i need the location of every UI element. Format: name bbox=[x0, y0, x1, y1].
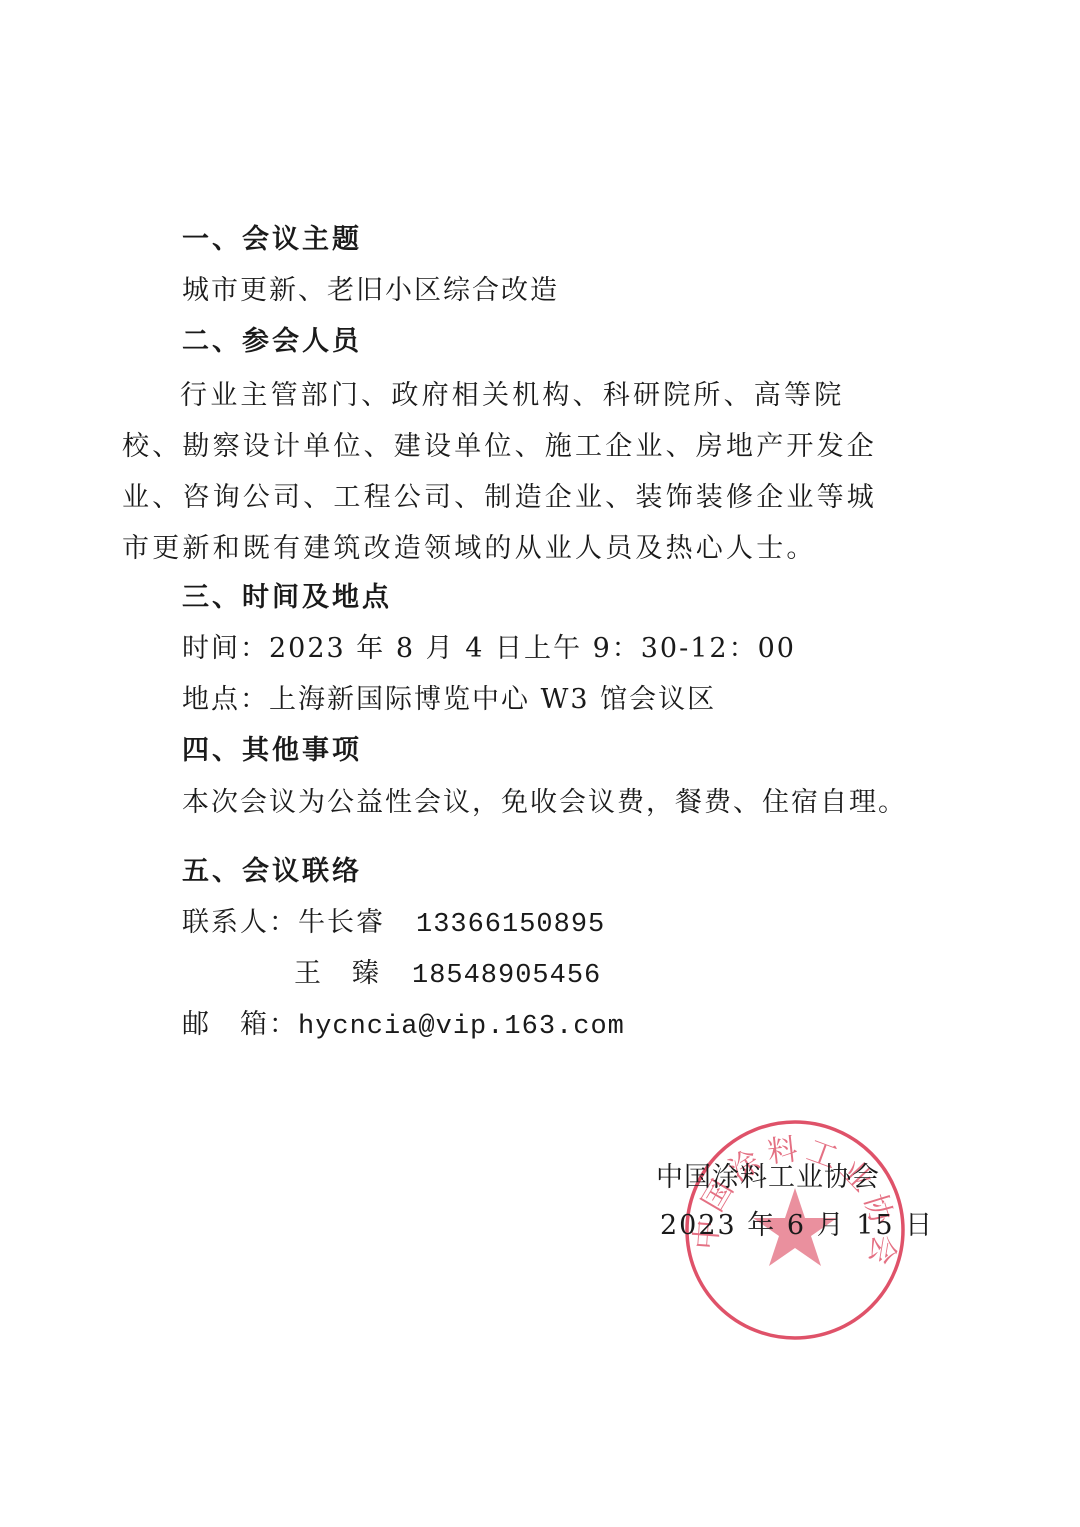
time-value: 2023 年 8 月 4 日上午 9：30-12：00 bbox=[269, 633, 796, 664]
heading-time-place: 三、时间及地点 bbox=[182, 581, 392, 615]
contact-row-1: 联系人：牛长睿13366150895 bbox=[182, 906, 605, 942]
contact-name: 牛长睿 bbox=[298, 906, 416, 940]
signature-date: 2023 年 6 月 15 日 bbox=[660, 1209, 934, 1243]
attendees-text: 行业主管部门、政府相关机构、科研院所、高等院校、勘察设计单位、建设单位、施工企业… bbox=[122, 370, 892, 574]
email-value[interactable]: hycncia@vip.163.com bbox=[298, 1012, 625, 1042]
place-value: 上海新国际博览中心 W3 馆会议区 bbox=[269, 684, 716, 715]
topic-text: 城市更新、老旧小区综合改造 bbox=[182, 274, 559, 308]
email-label: 邮 箱： bbox=[182, 1009, 298, 1040]
contact-label: 联系人： bbox=[182, 907, 298, 938]
heading-topic: 一、会议主题 bbox=[182, 223, 362, 257]
time-row: 时间：2023 年 8 月 4 日上午 9：30-12：00 bbox=[182, 632, 796, 666]
contact-phone: 18548905456 bbox=[412, 961, 601, 991]
contact-row-2: 王 臻18548905456 bbox=[294, 957, 601, 993]
heading-contact: 五、会议联络 bbox=[182, 855, 362, 889]
contact-phone: 13366150895 bbox=[416, 910, 605, 940]
other-text: 本次会议为公益性会议，免收会议费，餐费、住宿自理。 bbox=[182, 786, 907, 820]
time-label: 时间： bbox=[182, 633, 269, 664]
email-row: 邮 箱：hycncia@vip.163.com bbox=[182, 1008, 625, 1044]
contact-name: 王 臻 bbox=[294, 957, 412, 991]
signature-org: 中国涂料工业协会 bbox=[656, 1161, 880, 1195]
place-label: 地点： bbox=[182, 684, 269, 715]
place-row: 地点：上海新国际博览中心 W3 馆会议区 bbox=[182, 683, 716, 717]
heading-attendees: 二、参会人员 bbox=[182, 325, 362, 359]
heading-other: 四、其他事项 bbox=[182, 734, 362, 768]
